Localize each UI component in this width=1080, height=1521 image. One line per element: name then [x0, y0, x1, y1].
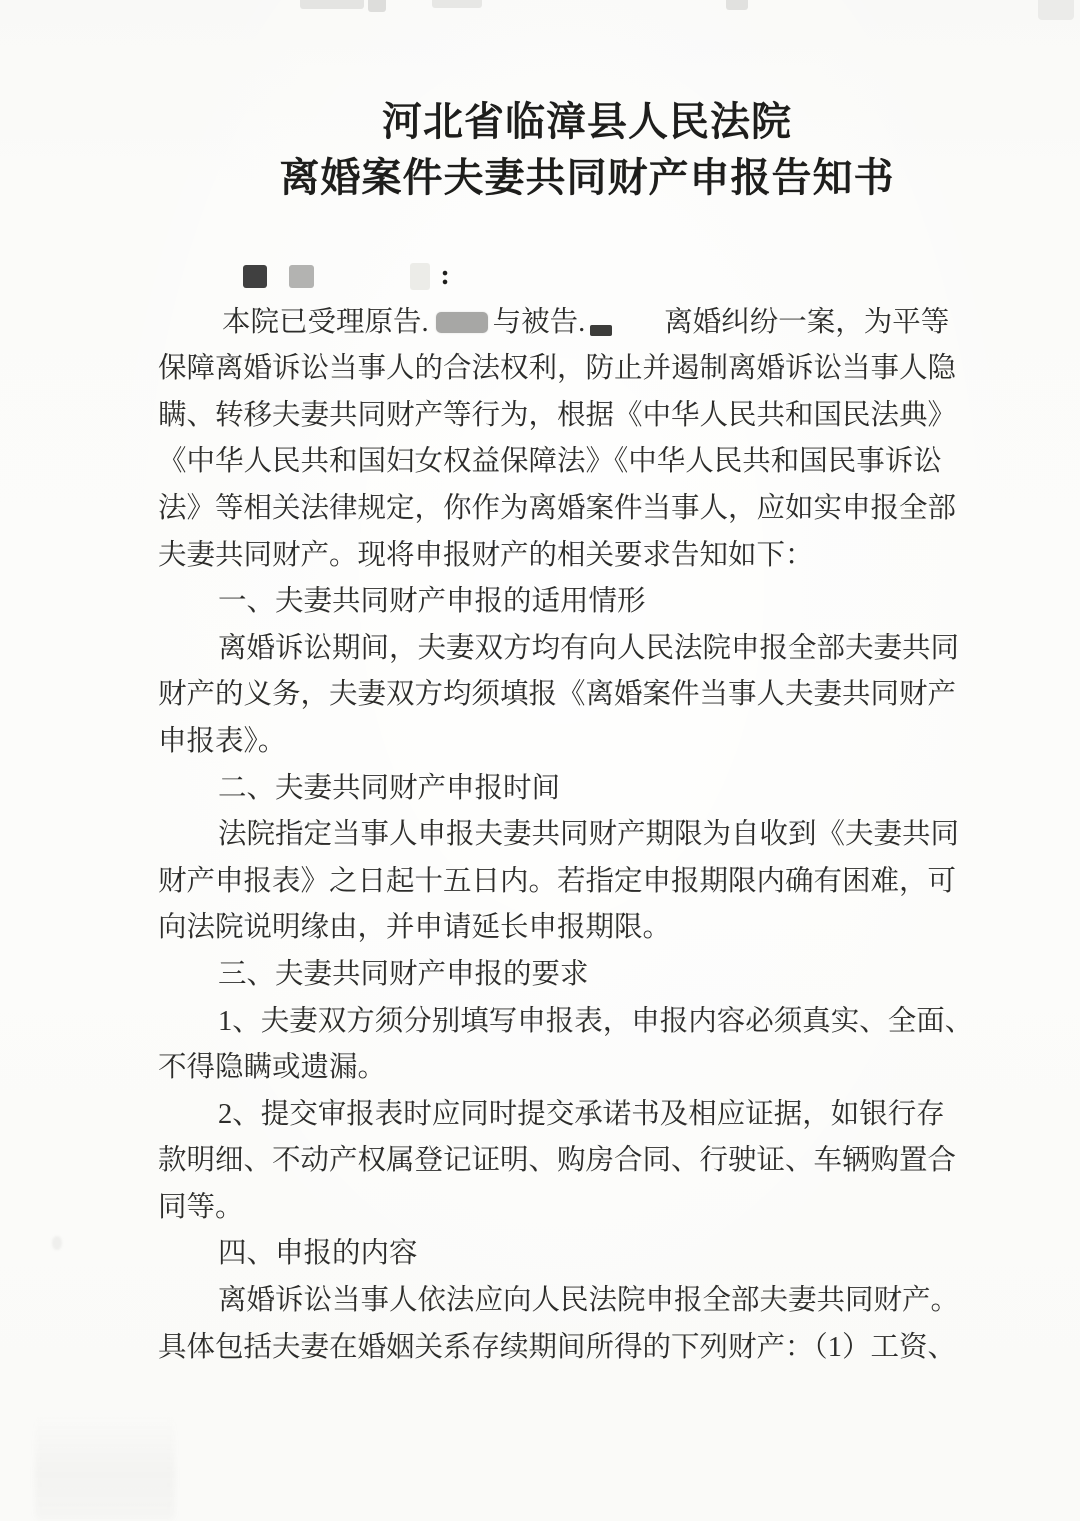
- document-text-line: 夫妻共同财产。现将申报财产的相关要求告知如下：: [158, 533, 988, 580]
- document-text-line: 离婚诉讼期间，夫妻双方均有向人民法院申报全部夫妻共同: [158, 626, 988, 673]
- document-text-line: 离婚诉讼当事人依法应向人民法院申报全部夫妻共同财产。: [158, 1278, 988, 1325]
- document-text-line: 法》等相关法律规定，你作为离婚案件当事人，应如实申报全部: [158, 486, 988, 533]
- document-text-line: 《中华人民共和国妇女权益保障法》《中华人民共和国民事诉讼: [158, 439, 988, 486]
- section-heading-2: 二、夫妻共同财产申报时间: [158, 766, 988, 813]
- section-heading-1: 一、夫妻共同财产申报的适用情形: [158, 579, 988, 626]
- salutation-colon: :: [440, 260, 450, 291]
- document-text-line: 瞒、转移夫妻共同财产等行为，根据《中华人民共和国民法典》: [158, 393, 988, 440]
- redacted-addressee-block-2: [289, 265, 314, 288]
- document-text-line: 1、夫妻双方须分别填写申报表，申报内容必须真实、全面、: [158, 999, 988, 1046]
- redacted-addressee-block-1: [243, 265, 267, 288]
- scan-artifact-top-fragment: [1038, 0, 1074, 20]
- scan-artifact-top-fragment: [368, 0, 386, 12]
- plaintiff-name-redaction: [436, 312, 488, 333]
- scan-artifact-speck: [52, 1236, 62, 1250]
- court-name-title: 河北省临漳县人民法院: [47, 94, 1080, 150]
- scan-artifact-top-fragment: [432, 0, 482, 8]
- document-text-line: 财产申报表》之日起十五日内。若指定申报期限内确有困难，可: [158, 859, 988, 906]
- defendant-name-redaction: [590, 325, 612, 336]
- document-text-line: 保障离婚诉讼当事人的合法权利，防止并遏制离婚诉讼当事人隐: [158, 346, 988, 393]
- intro-dot: .: [422, 307, 429, 338]
- intro-dot: .: [578, 307, 585, 338]
- intro-text-pre: 本院已受理原告: [222, 307, 422, 338]
- document-text-line: 具体包括夫妻在婚姻关系存续期间所得的下列财产：（1）工资、: [158, 1325, 988, 1372]
- document-text-line: 申报表》。: [158, 719, 988, 766]
- document-title-block: 河北省临漳县人民法院 离婚案件夫妻共同财产申报告知书: [47, 94, 1080, 206]
- section-heading-4: 四、申报的内容: [158, 1231, 988, 1278]
- document-text-line: 2、提交审报表时应同时提交承诺书及相应证据，如银行存: [158, 1092, 988, 1139]
- scan-artifact-shading: [35, 1415, 175, 1521]
- document-text-line: 财产的义务，夫妻双方均须填报《离婚案件当事人夫妻共同财产: [158, 672, 988, 719]
- scan-artifact-top-fragment: [300, 0, 364, 9]
- document-text-line: 不得隐瞒或遗漏。: [158, 1045, 988, 1092]
- scan-artifact-top-fragment: [726, 0, 748, 10]
- salutation-line: :: [158, 253, 988, 300]
- intro-line: 本院已受理原告.与被告.离婚纠纷一案，为平等: [158, 300, 988, 347]
- document-text-line: 向法院说明缘由，并申请延长申报期限。: [158, 905, 988, 952]
- scanned-document-page: 河北省临漳县人民法院 离婚案件夫妻共同财产申报告知书 : 本院已受理原告.与被告…: [0, 0, 1080, 1521]
- redacted-addressee-block-3: [410, 263, 430, 290]
- section-heading-3: 三、夫妻共同财产申报的要求: [158, 952, 988, 999]
- intro-text-mid: 与被告: [493, 307, 579, 338]
- document-text-line: 法院指定当事人申报夫妻共同财产期限为自收到《夫妻共同: [158, 812, 988, 859]
- document-text-line: 同等。: [158, 1185, 988, 1232]
- document-text-line: 款明细、不动产权属登记证明、购房合同、行驶证、车辆购置合: [158, 1138, 988, 1185]
- document-body: : 本院已受理原告.与被告.离婚纠纷一案，为平等 保障离婚诉讼当事人的合法权利，…: [158, 253, 988, 1371]
- document-title: 离婚案件夫妻共同财产申报告知书: [47, 150, 1080, 206]
- intro-text-tail: 离婚纠纷一案，为平等: [664, 307, 949, 338]
